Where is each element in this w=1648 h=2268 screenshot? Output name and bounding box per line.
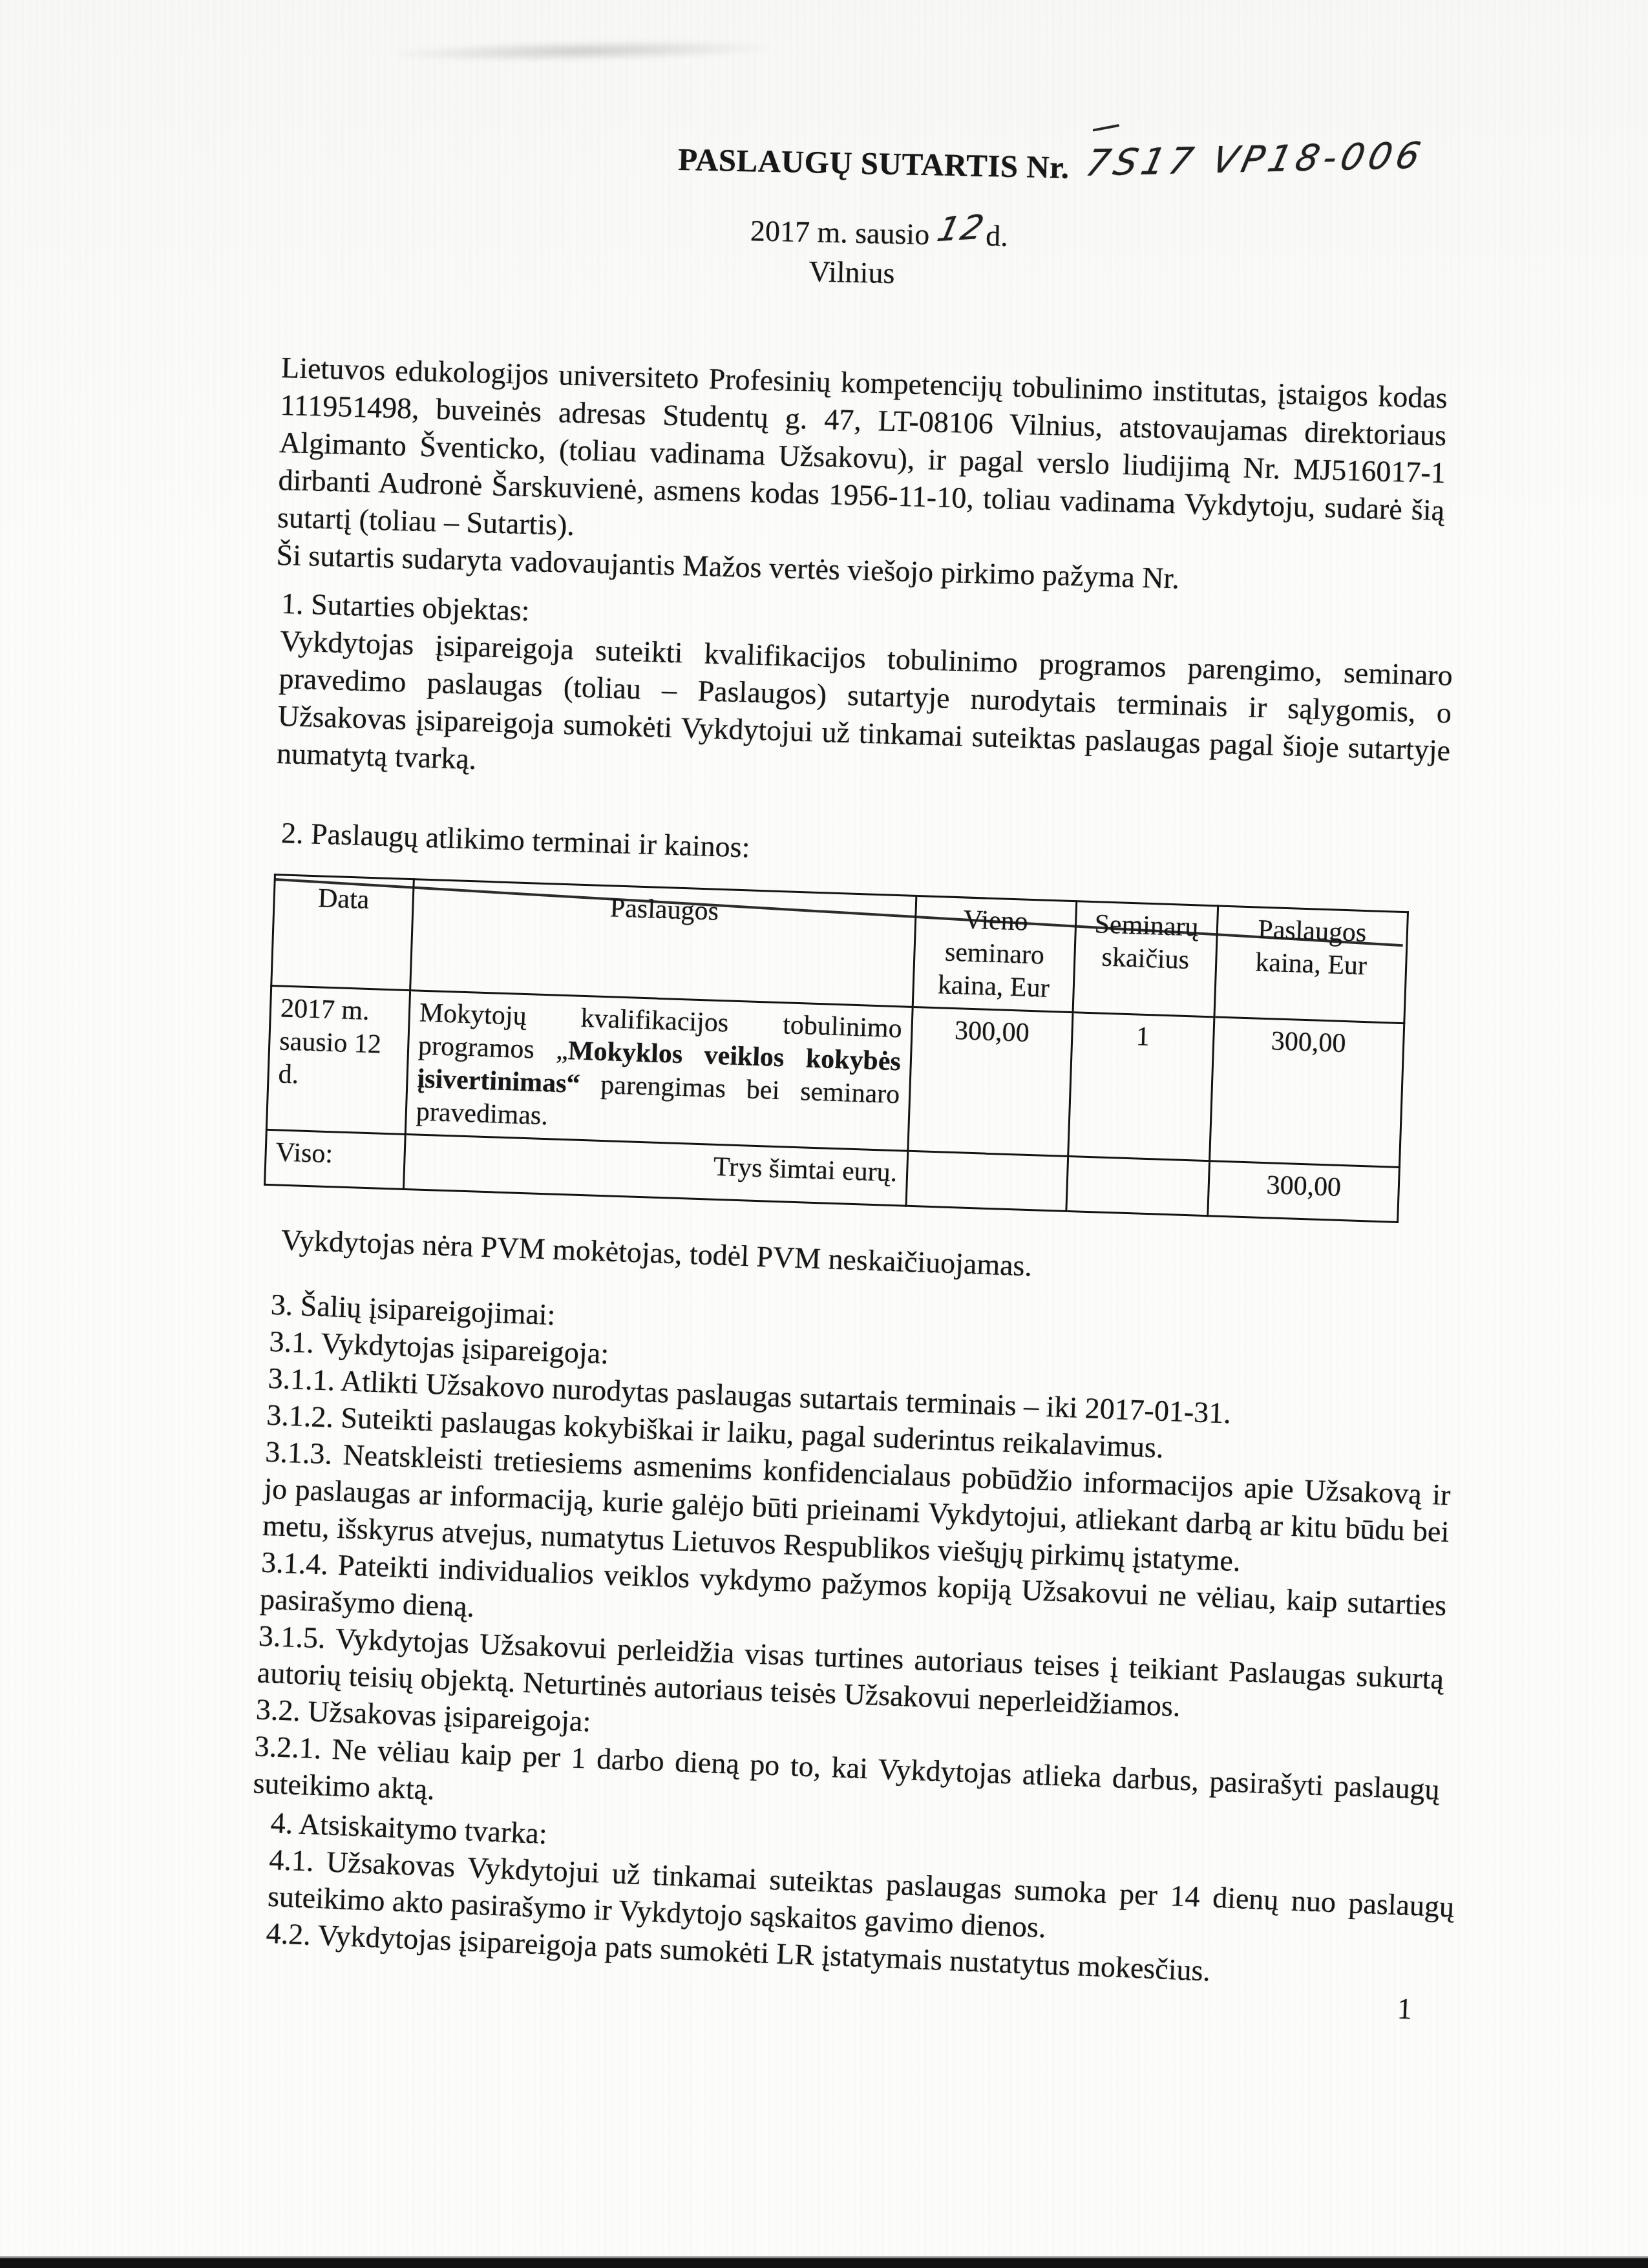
price-table: Data Paslaugos Vieno seminaro kaina, Eur… <box>264 874 1409 1223</box>
price-table-wrapper: Data Paslaugos Vieno seminaro kaina, Eur… <box>264 874 1413 1223</box>
col-header-date: Data <box>271 875 414 991</box>
section-3: 3. Šalių įsipareigojimai: 3.1. Vykdytoja… <box>253 1286 1457 1845</box>
total-label: Viso: <box>265 1129 406 1189</box>
col-header-total-price: Paslaugos kaina, Eur <box>1214 906 1408 1024</box>
section-1: 1. Sutarties objektas: Vykdytojas įsipar… <box>276 585 1454 807</box>
intro-section: Lietuvos edukologijos universiteto Profe… <box>276 349 1448 604</box>
scan-smudge <box>397 38 766 64</box>
document-title: PASLAUGŲ SUTARTIS Nr. <box>678 142 1070 185</box>
col-header-service: Paslaugos <box>410 879 916 1007</box>
date-suffix: d. <box>986 219 1009 253</box>
col-header-unit-price: Vieno seminaro kaina, Eur <box>913 896 1077 1012</box>
scanned-contract-page: PASLAUGŲ SUTARTIS Nr.7S17 VP18-006 2017 … <box>0 0 1648 2268</box>
pen-stray-mark <box>1092 124 1119 132</box>
section-2-heading: 2. Paslaugų atlikimo terminai ir kainos: <box>280 815 750 865</box>
cell-seminar-count: 1 <box>1068 1013 1214 1161</box>
intro-paragraph: Lietuvos edukologijos universiteto Profe… <box>277 349 1448 567</box>
cell-service: Mokytojų kvalifikacijos tobulinimo progr… <box>405 991 913 1151</box>
handwritten-day: 12 <box>934 208 989 249</box>
cell-date: 2017 m. sausio 12 d. <box>266 985 410 1134</box>
cell-total-price: 300,00 <box>1210 1017 1404 1168</box>
total-empty-2 <box>1066 1156 1210 1215</box>
title-line: PASLAUGŲ SUTARTIS Nr.7S17 VP18-006 <box>678 137 1596 198</box>
handwritten-contract-number: 7S17 VP18-006 <box>1082 135 1428 185</box>
cell-unit-price: 300,00 <box>908 1007 1073 1156</box>
total-amount: 300,00 <box>1208 1161 1400 1223</box>
total-empty-1 <box>906 1151 1068 1211</box>
page-number: 1 <box>1397 1991 1413 2026</box>
date-prefix: 2017 m. sausio <box>750 214 929 251</box>
document-header: PASLAUGŲ SUTARTIS Nr.7S17 VP18-006 2017 … <box>675 137 1596 305</box>
scan-bottom-edge <box>0 2256 1648 2268</box>
vat-note: Vykdytojas nėra PVM mokėtojas, todėl PVM… <box>280 1223 1033 1283</box>
col-header-seminar-count: Seminarų skaičius <box>1073 901 1218 1017</box>
